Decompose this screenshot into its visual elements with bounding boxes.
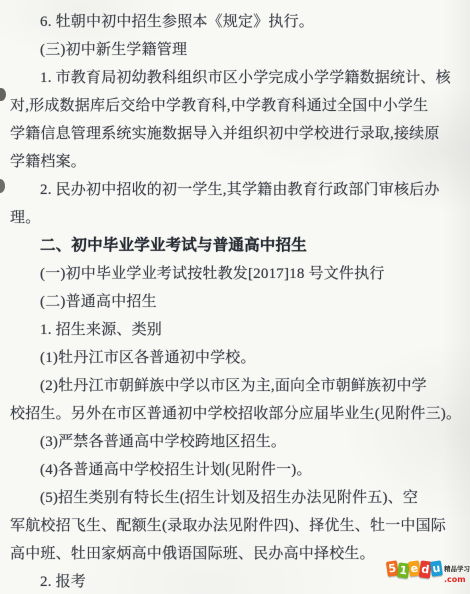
document-line: 理。 (10, 204, 466, 232)
document-body: 6. 牡朝中初中招生参照本《规定》执行。(三)初中新生学籍管理1. 市教育局初幼… (10, 8, 466, 594)
document-line: (5)招生类别有特长生(招生计划及招生办法见附件五)、空 (10, 484, 466, 512)
51edu-watermark-logo: 51edu 精品学习网 .com (387, 556, 470, 594)
document-line: 二、初中毕业学业考试与普通高中招生 (10, 232, 466, 260)
logo-text: 精品学习网 .com (444, 565, 470, 584)
logo-tiles: 51edu (387, 560, 442, 577)
document-line: 学籍档案。 (10, 148, 466, 176)
document-line: (一)初中毕业学业考试按牡教发[2017]18 号文件执行 (10, 260, 466, 288)
document-line: (2)牡丹江市朝鲜族中学以市区为主,面向全市朝鲜族初中学 (10, 372, 466, 400)
document-line: 1. 市教育局初幼教科组织市区小学完成小学学籍数据统计、核 (10, 64, 466, 92)
document-line: 学籍信息管理系统实施数据导入并组织初中学校进行录取,接续原 (10, 120, 466, 148)
scan-speck (0, 88, 6, 101)
document-line: (1)牡丹江市区各普通初中学校。 (10, 344, 466, 372)
logo-tile-u: u (430, 560, 443, 576)
document-line: (三)初中新生学籍管理 (10, 36, 466, 64)
scan-speck (0, 179, 5, 193)
document-line: 校招生。另外在市区普通初中学校招收部分应届毕业生(见附件三)。 (10, 400, 466, 428)
document-line: 军航校招飞生、配额生(录取办法见附件四)、择优生、牡一中国际 (10, 512, 466, 540)
document-line: (3)严禁各普通高中学校跨地区招生。 (10, 428, 466, 456)
domain-suffix: .com (444, 575, 470, 584)
site-name: 精品学习网 (444, 565, 470, 574)
document-line: (4)各普通高中学校招生计划(见附件一)。 (10, 456, 466, 484)
document-line: 1. 招生来源、类别 (10, 316, 466, 344)
document-line: 对,形成数据库后交给中学教育科,中学教育科通过全国中小学生 (10, 92, 466, 120)
document-line: (二)普通高中招生 (10, 288, 466, 316)
document-line: 2. 民办初中招收的初一学生,其学籍由教育行政部门审核后办 (10, 176, 466, 204)
document-line: 6. 牡朝中初中招生参照本《规定》执行。 (10, 8, 466, 36)
